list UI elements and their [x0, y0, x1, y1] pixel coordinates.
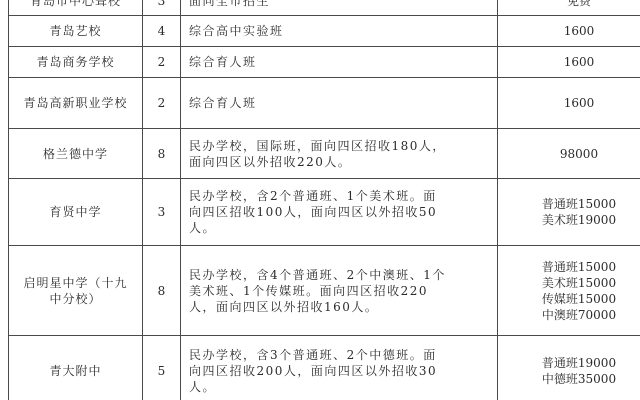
fee-line: 98000	[498, 146, 640, 162]
class-count: 8	[158, 147, 166, 161]
class-count: 2	[158, 55, 166, 69]
description-line: 人。	[189, 379, 489, 395]
description-line: 向四区招收100人，面向四区以外招收50	[189, 204, 489, 220]
class-count-cell: 4	[143, 16, 181, 47]
fee-cell: 普通班15000 美术班19000	[498, 179, 640, 246]
fee-line: 传媒班15000	[498, 291, 640, 307]
school-name: 青大附中	[49, 364, 101, 378]
fee-line: 1600	[498, 95, 640, 111]
description-line: 向四区招收200人，面向四区以外招收30	[189, 363, 489, 379]
fee-cell: 普通班19000 中德班35000	[498, 336, 640, 400]
school-name: 育贤中学	[49, 205, 101, 219]
class-count: 3	[158, 205, 166, 219]
table-row: 格兰德中学 8 民办学校，国际班，面向四区招收180人， 面向四区以外招收220…	[9, 129, 640, 179]
school-name-cell: 青岛艺校	[9, 16, 143, 47]
description-cell: 民办学校，含2个普通班、1个美术班。面 向四区招收100人，面向四区以外招收50…	[181, 179, 498, 246]
description-line: 人。	[189, 220, 489, 236]
school-name-cell: 格兰德中学	[9, 129, 143, 179]
table-body: 青岛市中心聋校 3 面向全市招生 免费 青岛艺校 4 综合高中实验班 1600 …	[9, 0, 640, 400]
fee-line: 美术班15000	[498, 275, 640, 291]
fee-cell: 1600	[498, 16, 640, 47]
fee-line: 普通班15000	[498, 259, 640, 275]
description-line: 人，面向四区以外招收160人。	[189, 299, 489, 315]
fee-line: 普通班19000	[498, 355, 640, 371]
class-count: 3	[158, 0, 166, 8]
fee-line: 1600	[498, 23, 640, 39]
description-line: 综合育人班	[189, 95, 489, 111]
description-cell: 民办学校，含3个普通班、2个中德班。面 向四区招收200人，面向四区以外招收30…	[181, 336, 498, 400]
school-name: 启明星中学（十九中分校）	[23, 276, 127, 306]
fee-line: 普通班15000	[498, 196, 640, 212]
table-row: 青岛艺校 4 综合高中实验班 1600	[9, 16, 640, 47]
description-line: 面向全市招生	[189, 0, 489, 9]
description-cell: 综合育人班	[181, 47, 498, 78]
class-count-cell: 8	[143, 246, 181, 336]
class-count-cell: 8	[143, 129, 181, 179]
class-count: 2	[158, 96, 166, 110]
table-row: 青岛市中心聋校 3 面向全市招生 免费	[9, 0, 640, 16]
description-cell: 面向全市招生	[181, 0, 498, 16]
description-cell: 综合高中实验班	[181, 16, 498, 47]
fee-line: 免费	[498, 0, 640, 9]
school-name: 青岛商务学校	[36, 55, 114, 69]
school-name: 格兰德中学	[43, 147, 108, 161]
class-count: 5	[158, 364, 166, 378]
fee-cell: 1600	[498, 78, 640, 129]
description-line: 综合高中实验班	[189, 23, 489, 39]
description-line: 美术班、1个传媒班。面向四区招收220	[189, 283, 489, 299]
fee-line: 中澳班70000	[498, 307, 640, 323]
description-line: 民办学校，含4个普通班、2个中澳班、1个	[189, 267, 489, 283]
class-count-cell: 3	[143, 179, 181, 246]
class-count: 8	[158, 284, 166, 298]
table-row: 青大附中 5 民办学校，含3个普通班、2个中德班。面 向四区招收200人，面向四…	[9, 336, 640, 400]
description-cell: 民办学校，国际班，面向四区招收180人， 面向四区以外招收220人。	[181, 129, 498, 179]
school-name-cell: 青岛商务学校	[9, 47, 143, 78]
fee-line: 中德班35000	[498, 371, 640, 387]
class-count-cell: 2	[143, 47, 181, 78]
table-row: 青岛商务学校 2 综合育人班 1600	[9, 47, 640, 78]
fee-cell: 98000	[498, 129, 640, 179]
fee-line: 美术班19000	[498, 212, 640, 228]
table-row: 育贤中学 3 民办学校，含2个普通班、1个美术班。面 向四区招收100人，面向四…	[9, 179, 640, 246]
class-count-cell: 2	[143, 78, 181, 129]
school-name-cell: 启明星中学（十九中分校）	[9, 246, 143, 336]
fee-line: 1600	[498, 54, 640, 70]
description-line: 面向四区以外招收220人。	[189, 154, 489, 170]
description-line: 民办学校，含2个普通班、1个美术班。面	[189, 188, 489, 204]
table-row: 启明星中学（十九中分校） 8 民办学校，含4个普通班、2个中澳班、1个 美术班、…	[9, 246, 640, 336]
fee-cell: 普通班15000 美术班15000 传媒班15000 中澳班70000	[498, 246, 640, 336]
fee-cell: 1600	[498, 47, 640, 78]
school-name: 青岛高新职业学校	[23, 96, 127, 110]
description-cell: 民办学校，含4个普通班、2个中澳班、1个 美术班、1个传媒班。面向四区招收220…	[181, 246, 498, 336]
description-cell: 综合育人班	[181, 78, 498, 129]
school-name: 青岛艺校	[49, 24, 101, 38]
school-name-cell: 育贤中学	[9, 179, 143, 246]
school-name-cell: 青岛市中心聋校	[9, 0, 143, 16]
school-name-cell: 青岛高新职业学校	[9, 78, 143, 129]
description-line: 民办学校，国际班，面向四区招收180人，	[189, 138, 489, 154]
school-name: 青岛市中心聋校	[30, 0, 121, 8]
class-count: 4	[158, 24, 166, 38]
school-name-cell: 青大附中	[9, 336, 143, 400]
school-fee-table: 青岛市中心聋校 3 面向全市招生 免费 青岛艺校 4 综合高中实验班 1600 …	[8, 0, 640, 400]
class-count-cell: 5	[143, 336, 181, 400]
class-count-cell: 3	[143, 0, 181, 16]
fee-cell: 免费	[498, 0, 640, 16]
description-line: 综合育人班	[189, 54, 489, 70]
school-fee-table-container: 青岛市中心聋校 3 面向全市招生 免费 青岛艺校 4 综合高中实验班 1600 …	[8, 0, 633, 400]
description-line: 民办学校，含3个普通班、2个中德班。面	[189, 347, 489, 363]
table-row: 青岛高新职业学校 2 综合育人班 1600	[9, 78, 640, 129]
